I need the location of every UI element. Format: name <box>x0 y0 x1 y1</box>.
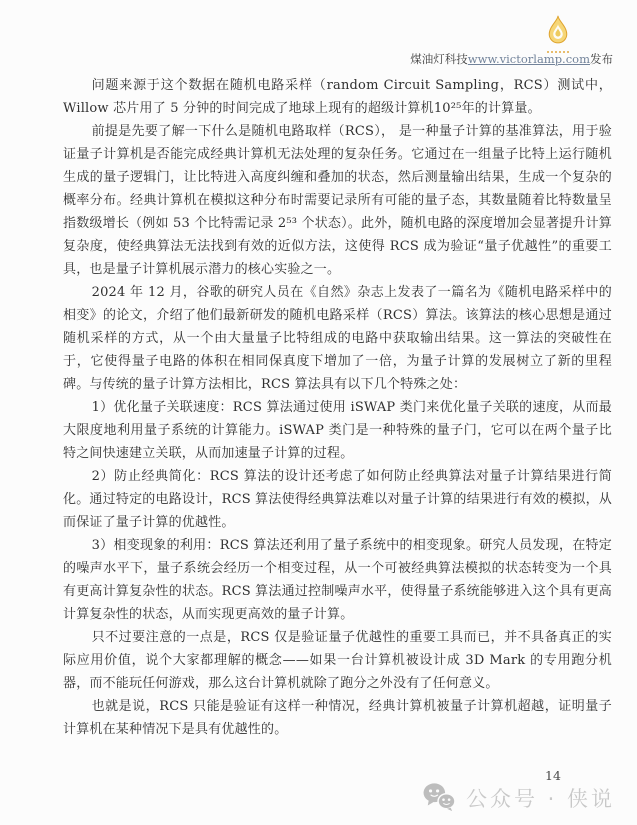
wechat-icon <box>421 782 457 816</box>
brand-line: 煤油灯科技www.victorlamp.com发布 <box>410 52 613 66</box>
brand-prefix: 煤油灯科技 <box>410 52 468 66</box>
brand-logo <box>543 14 573 53</box>
paragraph: 1）优化量子关联速度：RCS 算法通过使用 iSWAP 类门来优化量子关联的速度… <box>63 396 612 465</box>
page-header: 煤油灯科技www.victorlamp.com发布 <box>410 12 613 66</box>
paragraph: 只不过要注意的一点是，RCS 仅是验证量子优越性的重要工具而已，并不具备真正的实… <box>63 626 612 695</box>
paragraph: 前提是先要了解一下什么是随机电路取样（RCS）， 是一种量子计算的基准算法，用于… <box>63 120 612 281</box>
paragraph: 2）防止经典简化：RCS 算法的设计还考虑了如何防止经典算法对量子计算结果进行简… <box>63 465 612 534</box>
page-number: 14 <box>535 768 571 783</box>
brand-suffix: 发布 <box>590 52 613 66</box>
watermark-text: 公众号 · 侠说 <box>466 784 615 814</box>
paragraph: 问题来源于这个数据在随机电路采样（random Circuit Sampling… <box>63 74 612 120</box>
logo-dotted-caption <box>547 51 569 53</box>
flame-icon <box>546 14 570 50</box>
paragraph: 也就是说，RCS 只能是验证有这样一种情况，经典计算机被量子计算机超越，证明量子… <box>63 695 612 741</box>
brand-link[interactable]: www.victorlamp.com <box>468 52 590 66</box>
watermark: 公众号 · 侠说 <box>421 782 615 816</box>
document-page: 煤油灯科技www.victorlamp.com发布 问题来源于这个数据在随机电路… <box>0 0 637 825</box>
article-body: 问题来源于这个数据在随机电路采样（random Circuit Sampling… <box>63 74 612 741</box>
paragraph: 2024 年 12 月，谷歌的研究人员在《自然》杂志上发表了一篇名为《随机电路采… <box>63 281 612 396</box>
paragraph: 3）相变现象的利用：RCS 算法还利用了量子系统中的相变现象。研究人员发现，在特… <box>63 534 612 626</box>
